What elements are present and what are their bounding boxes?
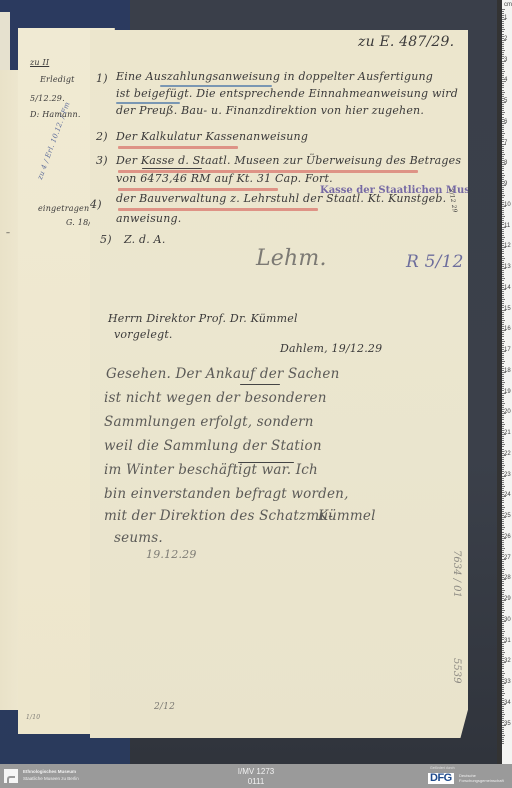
ruler-tick <box>502 386 504 387</box>
ruler-tick <box>502 336 504 337</box>
body-line-1: Gesehen. Der Ankauf der Sachen <box>106 366 339 382</box>
sheet-edge <box>0 12 10 72</box>
ruler-tick <box>502 486 505 487</box>
ruler-label: 4 <box>504 77 507 83</box>
item-3-line-2: von 6473,46 RM auf Kt. 31 Cap. Fort. <box>116 172 333 185</box>
funder-name-line-2: Forschungsgemeinschaft <box>459 778 504 783</box>
ruler-tick <box>502 415 504 416</box>
ruler-tick <box>502 361 505 362</box>
ruler-tick <box>502 133 505 134</box>
vertical-number-note: 5539 <box>451 658 462 683</box>
ruler-tick <box>502 440 504 441</box>
ruler-tick <box>502 156 504 157</box>
ruler-label: 28 <box>504 575 511 581</box>
ruler-tick <box>502 324 504 325</box>
ruler-tick <box>502 529 504 530</box>
margin-name: D: Hamann. <box>30 110 81 119</box>
ruler-label: 20 <box>504 409 511 415</box>
ruler-tick <box>502 542 504 543</box>
body-line-8: seums. <box>114 530 163 546</box>
body-line-5: im Winter beschäftigt war. Ich <box>104 462 318 478</box>
ruler-tick <box>502 459 504 460</box>
ruler-tick <box>502 673 505 674</box>
item-3-line-4: anweisung. <box>116 212 181 225</box>
ruler-tick <box>502 75 504 76</box>
signature-kuemmel: Kümmel <box>318 508 376 524</box>
ruler-tick <box>502 318 504 319</box>
funder-name: Deutsche Forschungsgemeinschaft <box>459 773 504 783</box>
ruler-tick <box>502 727 504 728</box>
ruler-tick <box>502 278 505 279</box>
ruler-tick <box>502 191 504 192</box>
ruler-tick <box>502 610 505 611</box>
ruler-tick <box>502 484 504 485</box>
ruler-tick <box>502 71 505 72</box>
ruler-tick <box>502 148 504 149</box>
gray-underline <box>238 462 294 463</box>
ruler-tick <box>502 438 504 439</box>
ruler-tick <box>502 646 504 647</box>
ruler-label: 35 <box>504 721 511 727</box>
ruler-tick <box>502 590 505 591</box>
ruler-tick <box>502 652 505 653</box>
ruler-tick <box>502 691 504 692</box>
ruler-tick <box>502 334 504 335</box>
item-4-number: 4) <box>90 198 102 211</box>
ruler-tick <box>502 546 504 547</box>
ruler-tick <box>502 332 504 333</box>
body-line-2: ist nicht wegen der besonderen <box>104 390 327 406</box>
ruler-label: 2 <box>504 36 507 42</box>
ruler-label: 25 <box>504 513 511 519</box>
ruler-tick <box>502 297 504 298</box>
ruler-tick <box>502 716 504 717</box>
ruler-tick <box>502 11 504 12</box>
ruler-tick <box>502 664 504 665</box>
ruler-label: 29 <box>504 596 511 602</box>
margin-header: zu II <box>30 58 49 67</box>
ruler-tick <box>502 631 505 632</box>
ruler-tick <box>502 442 504 443</box>
ruler-tick <box>502 129 504 130</box>
ruler-tick <box>502 260 504 261</box>
ruler-tick <box>502 220 504 221</box>
ruler-label: 16 <box>504 326 511 332</box>
ruler-tick <box>502 743 504 744</box>
ruler-tick <box>502 299 505 300</box>
ruler-tick <box>502 179 504 180</box>
ruler-tick <box>502 563 504 564</box>
ruler-tick <box>502 87 504 88</box>
ruler-tick <box>502 25 504 26</box>
ruler-label: 31 <box>504 638 511 644</box>
ruler-tick <box>502 461 504 462</box>
ruler-tick <box>502 511 504 512</box>
item-1-number: 1) <box>96 72 108 85</box>
ruler-tick <box>502 366 504 367</box>
ruler-tick <box>502 50 505 51</box>
ruler-tick <box>502 200 504 201</box>
ruler-tick <box>502 561 504 562</box>
scan-image: – zu II Erledigt 5/12.29. D: Hamann. zu … <box>0 0 497 764</box>
margin-erledigt: Erledigt <box>40 75 75 84</box>
ruler-tick <box>502 424 505 425</box>
ruler-tick <box>502 166 504 167</box>
ruler-tick <box>502 173 504 174</box>
item-5-line-1: Z. d. A. <box>124 233 166 246</box>
ruler-tick <box>502 695 504 696</box>
ruler-label: 5 <box>504 98 507 104</box>
ruler-tick <box>502 384 504 385</box>
ruler-tick <box>502 488 504 489</box>
ruler-label: 34 <box>504 700 511 706</box>
vertical-inventory-note: 7634 / 01 <box>451 550 462 598</box>
ruler-tick <box>502 532 504 533</box>
ruler-tick <box>502 656 504 657</box>
item-2-number: 2) <box>96 130 108 143</box>
ruler-tick <box>502 405 504 406</box>
ruler-tick <box>502 177 504 178</box>
ruler-tick <box>502 457 504 458</box>
red-underline <box>118 208 318 211</box>
ruler-tick <box>502 303 504 304</box>
ruler-tick <box>502 94 504 95</box>
ruler-tick <box>502 63 504 64</box>
ruler-tick <box>502 42 504 43</box>
ruler-tick <box>502 446 504 447</box>
ruler-tick <box>502 239 504 240</box>
red-underline <box>118 188 278 191</box>
ruler-tick <box>502 741 504 742</box>
ruler-tick <box>502 322 504 323</box>
ruler-tick <box>502 689 504 690</box>
ruler-label: 21 <box>504 430 511 436</box>
ruler-tick <box>502 216 505 217</box>
ruler-tick <box>502 54 504 55</box>
ruler-tick <box>502 675 504 676</box>
ruler-label: 17 <box>504 347 511 353</box>
ruler-tick <box>502 382 505 383</box>
ruler-tick <box>502 44 504 45</box>
ruler-tick <box>502 92 505 93</box>
ruler-tick <box>502 258 505 259</box>
ruler-tick <box>502 127 504 128</box>
ruler-tick <box>502 13 504 14</box>
ruler-tick <box>502 283 504 284</box>
ruler-tick <box>502 478 504 479</box>
ruler-label: 8 <box>504 160 507 166</box>
ruler-tick <box>502 237 505 238</box>
ruler-label: 19 <box>504 389 511 395</box>
ruler-tick <box>502 733 504 734</box>
ruler-tick <box>502 552 504 553</box>
ruler-tick <box>502 650 504 651</box>
ruler-tick <box>502 48 504 49</box>
ruler-tick <box>502 52 504 53</box>
ruler-tick <box>502 550 504 551</box>
ruler-tick <box>502 482 504 483</box>
ruler-tick <box>502 706 504 707</box>
ruler-tick <box>502 519 504 520</box>
ruler-tick <box>502 345 504 346</box>
ruler-tick <box>502 23 504 24</box>
ruler-tick <box>502 31 504 32</box>
ruler-tick <box>502 320 505 321</box>
ruler-tick <box>502 540 504 541</box>
ruler-tick <box>502 214 504 215</box>
item-1-line-3: der Preuß. Bau- u. Finanzdirektion von h… <box>116 104 424 117</box>
item-1-line-1: Eine Auszahlungsanweisung in doppelter A… <box>116 70 433 83</box>
ruler-tick <box>502 137 504 138</box>
ruler-label: 23 <box>504 472 511 478</box>
ruler-tick <box>502 490 504 491</box>
ruler-tick <box>502 581 504 582</box>
ruler-tick <box>502 671 504 672</box>
ruler-tick <box>502 509 504 510</box>
ruler-tick <box>502 505 504 506</box>
ruler-tick <box>502 235 504 236</box>
ruler-tick <box>502 374 504 375</box>
ruler-tick <box>502 341 505 342</box>
funder-label: Gefördert durch <box>430 766 455 770</box>
ruler-tick <box>502 158 504 159</box>
ruler-tick <box>502 571 504 572</box>
ruler-tick <box>502 521 504 522</box>
ruler-tick <box>502 312 504 313</box>
ruler-tick <box>502 270 504 271</box>
ruler-label: 7 <box>504 140 507 146</box>
ruler-tick <box>502 359 504 360</box>
ruler-tick <box>502 353 504 354</box>
ruler-tick <box>502 583 504 584</box>
ruler-tick <box>502 108 504 109</box>
ruler-tick <box>502 29 505 30</box>
margin-date: 5/12.29. <box>30 94 65 103</box>
margin-entered: eingetragen <box>38 204 89 213</box>
ruler-tick <box>502 83 504 84</box>
ruler-tick <box>502 403 505 404</box>
ruler-tick <box>502 189 504 190</box>
ruler-tick <box>502 507 505 508</box>
ruler-label: 6 <box>504 119 507 125</box>
ruler-tick <box>502 710 504 711</box>
ruler-tick <box>502 65 504 66</box>
ruler-tick <box>502 197 504 198</box>
ruler-tick <box>502 602 504 603</box>
ruler-tick <box>502 251 504 252</box>
ruler-tick <box>502 357 504 358</box>
ruler-tick <box>502 567 504 568</box>
back-sheet-mark: – <box>6 228 10 237</box>
ruler-tick <box>502 444 505 445</box>
ruler-tick <box>502 714 505 715</box>
ruler-tick <box>502 295 504 296</box>
ruler-tick <box>502 272 504 273</box>
bottom-note-2: 1/10 <box>26 714 40 721</box>
ruler-tick <box>502 739 504 740</box>
item-2-line-1: Der Kalkulatur Kassenanweisung <box>116 130 308 143</box>
ruler-tick <box>502 378 504 379</box>
gray-underline <box>240 384 280 385</box>
ruler-tick <box>502 523 504 524</box>
ruler-label: 14 <box>504 285 511 291</box>
ruler-tick <box>502 262 504 263</box>
purple-initials: R 5/12 <box>406 252 464 272</box>
ruler-tick <box>502 46 504 47</box>
ruler-label: 22 <box>504 451 511 457</box>
cm-ruler: cm 1234567891011121314151617181920212223… <box>497 0 512 764</box>
ruler-tick <box>502 112 505 113</box>
ruler-label: 10 <box>504 202 511 208</box>
ruler-tick <box>502 623 504 624</box>
item-3-line-1: Der Kasse d. Staatl. Museen zur Überweis… <box>116 154 461 167</box>
ruler-tick <box>502 498 504 499</box>
ruler-tick <box>502 131 504 132</box>
ruler-tick <box>502 585 504 586</box>
ruler-label: 9 <box>504 181 507 187</box>
ruler-tick <box>502 718 504 719</box>
addressee-line-2: vorgelegt. <box>114 328 173 341</box>
ruler-tick <box>502 573 504 574</box>
main-sheet: zu E. 487/29. 1) Eine Auszahlungsanweisu… <box>90 30 468 738</box>
ruler-tick <box>502 629 504 630</box>
ruler-label: 15 <box>504 306 511 312</box>
item-3-line-3: der Bauverwaltung z. Lehrstuhl der Staat… <box>116 192 446 205</box>
ruler-tick <box>502 316 504 317</box>
ruler-tick <box>502 449 504 450</box>
ruler-tick <box>502 502 504 503</box>
ruler-tick <box>502 606 504 607</box>
ruler-tick <box>502 397 504 398</box>
ruler-tick <box>502 210 504 211</box>
ruler-tick <box>502 654 504 655</box>
ruler-tick <box>502 291 504 292</box>
body-line-6: bin einverstanden befragt worden, <box>104 486 349 502</box>
body-line-4: weil die Sammlung der Station <box>104 438 322 454</box>
ruler-tick <box>502 592 504 593</box>
ruler-label: 3 <box>504 57 507 63</box>
ruler-tick <box>502 687 504 688</box>
ruler-tick <box>502 635 504 636</box>
ruler-tick <box>502 463 504 464</box>
ruler-tick <box>502 276 504 277</box>
ruler-tick <box>502 256 504 257</box>
ruler-tick <box>502 380 504 381</box>
ruler-tick <box>502 355 504 356</box>
ruler-label: 30 <box>504 617 511 623</box>
ruler-tick <box>502 117 504 118</box>
ruler-tick <box>502 419 504 420</box>
ruler-tick <box>502 729 504 730</box>
viewer-footer: Ethnologisches Museum Staatliche Museen … <box>0 764 512 788</box>
ruler-tick <box>502 708 504 709</box>
body-line-3: Sammlungen erfolgt, sondern <box>104 414 314 430</box>
ruler-tick <box>502 363 504 364</box>
ruler-tick <box>502 480 504 481</box>
ruler-tick <box>502 34 504 35</box>
ruler-tick <box>502 569 505 570</box>
ruler-label: 13 <box>504 264 511 270</box>
ruler-tick <box>502 168 504 169</box>
ruler-tick <box>502 229 504 230</box>
ruler-tick <box>502 428 504 429</box>
item-5-number: 5) <box>100 233 112 246</box>
ruler-tick <box>502 693 505 694</box>
place-date: Dahlem, 19/12.29 <box>280 342 382 355</box>
ruler-tick <box>502 565 504 566</box>
ruler-tick <box>502 343 504 344</box>
ruler-tick <box>502 422 504 423</box>
ruler-label: 26 <box>504 534 511 540</box>
ruler-tick <box>502 154 505 155</box>
ruler-tick <box>502 735 505 736</box>
ruler-tick <box>502 527 505 528</box>
ruler-tick <box>502 241 504 242</box>
ruler-tick <box>502 106 504 107</box>
ruler-tick <box>502 608 504 609</box>
ruler-tick <box>502 67 504 68</box>
ruler-tick <box>502 594 504 595</box>
ruler-tick <box>502 625 504 626</box>
ruler-tick <box>502 21 504 22</box>
ruler-tick <box>502 731 504 732</box>
ruler-tick <box>502 280 504 281</box>
ruler-tick <box>502 544 504 545</box>
ruler-tick <box>502 407 504 408</box>
ruler-tick <box>502 465 505 466</box>
ruler-tick <box>502 170 504 171</box>
ruler-tick <box>502 426 504 427</box>
ruler-tick <box>502 114 504 115</box>
ruler-tick <box>502 644 504 645</box>
ruler-tick <box>502 135 504 136</box>
ruler-label: 24 <box>504 492 511 498</box>
ruler-tick <box>502 193 504 194</box>
ruler-tick <box>502 500 504 501</box>
ruler-tick <box>502 233 504 234</box>
ruler-tick <box>502 615 504 616</box>
ruler-tick <box>502 314 504 315</box>
ruler-tick <box>502 218 504 219</box>
closing-date: 19.12.29 <box>146 548 197 561</box>
body-line-7: mit der Direktion des Schatzmu- <box>104 508 333 524</box>
ruler-tick <box>502 401 504 402</box>
ruler-tick <box>502 146 504 147</box>
ruler-tick <box>502 9 505 10</box>
ruler-tick <box>502 376 504 377</box>
ruler-label: 32 <box>504 658 511 664</box>
ruler-tick <box>502 666 504 667</box>
ruler-label: 33 <box>504 679 511 685</box>
dfg-logo-icon: DFG <box>428 773 454 784</box>
item-3-number: 3) <box>96 154 108 167</box>
ruler-tick <box>502 648 504 649</box>
ruler-label: 1 <box>504 15 507 21</box>
addressee: Herrn Direktor Prof. Dr. Kümmel <box>108 312 298 325</box>
ruler-tick <box>502 231 504 232</box>
reference-number: zu E. 487/29. <box>358 34 454 50</box>
ruler-tick <box>502 588 504 589</box>
ruler-tick <box>502 712 504 713</box>
ruler-tick <box>502 633 504 634</box>
ruler-tick <box>502 301 504 302</box>
ruler-label: 18 <box>504 368 511 374</box>
item-1-line-2: ist beigefügt. Die entsprechende Einnahm… <box>116 87 458 100</box>
ruler-tick <box>502 417 504 418</box>
ruler-tick <box>502 27 504 28</box>
ruler-tick <box>502 274 504 275</box>
ruler-tick <box>502 90 504 91</box>
